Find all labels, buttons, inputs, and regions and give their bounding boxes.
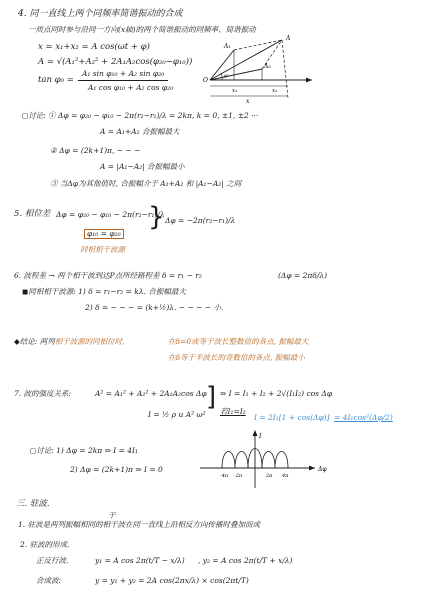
graph-tick: -2π — [234, 473, 243, 479]
resultant-wave-eq: y = y₁ + y₂ = 2A cos(2πx/λ) × cos(2πt/T) — [95, 577, 249, 585]
graph-tick: 4π — [281, 473, 289, 479]
section-5-title: 5. 相位差 — [14, 210, 50, 219]
diagram-a-label: A — [285, 35, 291, 42]
standing-wave-formation-title: 2. 驻波的形成. — [20, 541, 69, 549]
traveling-waves-label: 正反行波. — [36, 557, 68, 565]
equal-intensity-condition: 若I₁=I₂ — [220, 408, 246, 416]
eq-tan-denominator: A₁ cos φ₁₀ + A₂ cos φ₂₀ — [88, 84, 173, 92]
diagram-a2-label: A₂ — [263, 63, 271, 70]
phase-diff-result: Δφ = −2π(r₂−r₁)/λ — [165, 217, 235, 225]
section-4-title: 4. 同一直线上两个同频率简谐振动的合成 — [18, 10, 182, 19]
eq-x-sum: x = x₁+x₂ = A cos(ωt + φ) — [38, 43, 150, 52]
intensity-cos-squared: = 4I₁cos²(Δφ/2) — [334, 414, 393, 422]
forward-wave-eq: y₁ = A cos 2π(t/T − x/λ) — [95, 557, 185, 565]
intensity-graph: I Δφ -4π -2π 2π 4π — [200, 428, 340, 490]
conclusion-condition: 相干波源的同相位时, — [55, 337, 125, 346]
conclusion: ◆结论: 两列相干波源的同相位时, — [14, 338, 125, 346]
coherent-source-note: 同相相干波源 — [80, 246, 125, 254]
path-diff-case-2: 2) δ = − − − = (k+½)λ. − − − − 小. — [85, 304, 223, 312]
diagram-origin-label: O — [203, 77, 208, 84]
conclusion-lead: ◆结论: 两列 — [14, 337, 55, 346]
phasor-diagram: O A₁ A A₂ φ x₁ x₂ x — [200, 28, 320, 108]
discussion-2-result: A = |A₁−A₂| 合振幅最小 — [100, 163, 185, 171]
correction-mark: 干 — [108, 512, 116, 520]
diagram-x1-label: x₁ — [232, 88, 237, 94]
conclusion-line-2: 在δ等于半波长的奇数倍的各点, 振幅最小 — [168, 354, 305, 362]
min-amplitude-note: 振幅最小 — [275, 353, 305, 362]
conclusion-line-1: 在δ=0或等于波长整数倍的各点, 振幅最大 — [168, 338, 308, 346]
section-6-title: 6. 波程差 → 两个相干波到达P点所经路程差 δ = r₁ − r₂ — [14, 272, 202, 280]
intensity-case-2: 2) Δφ = (2k+1)π ⇒ I = 0 — [70, 466, 163, 474]
brace: ] — [206, 384, 216, 410]
graph-tick: 2π — [265, 473, 273, 479]
standing-wave-definition: 1. 驻波是两列振幅相同的相干波在同一直线上沿相反方向传播时叠加而成 — [18, 521, 260, 529]
backward-wave-eq: , y₂ = A cos 2π(t/T + x/λ) — [198, 557, 292, 565]
intensity-equal-result: I = 2I₁[1 + cos(Δφ)] — [254, 414, 330, 422]
discussion-3: ③ 当Δφ为其他值时, 合振幅介于 A₁+A₂ 和 |A₁−A₂| 之间 — [50, 180, 241, 188]
amplitude-squared-eq: A² = A₁² + A₂² + 2A₁A₂cos Δφ — [95, 390, 207, 398]
discussion-2: ② Δφ = (2k+1)π, − − − — [50, 147, 140, 155]
brace: } — [148, 204, 165, 230]
diagram-phi-label: φ — [224, 73, 228, 79]
eq-amplitude: A = √(A₁²+A₂² + 2A₁A₂cos(φ₂₀−φ₁₀)) — [38, 58, 192, 67]
eq-tan-lhs: tan φ₀ = — [38, 76, 74, 85]
diagram-x-label: x — [246, 98, 250, 105]
diagram-a1-label: A₁ — [223, 43, 231, 50]
resultant-wave-label: 合成波: — [36, 577, 61, 585]
intensity-case-1: ◻讨论: 1) Δφ = 2kπ ⇒ I = 4I₁ — [30, 447, 138, 455]
section-7-title: 7. 波的强度关系: — [14, 390, 71, 398]
discussion-1: ◻讨论: ① Δφ = φ₂₀ − φ₁₀ − 2π(r₂−r₁)/λ = 2k… — [22, 112, 258, 120]
path-diff-case-1: ◼同相相干波源: 1) δ = r₁−r₂ = kλ. 合振幅最大 — [22, 288, 186, 296]
max-amplitude-note: 振幅最大 — [278, 337, 308, 346]
discussion-1-result: A = A₁+A₂ 合振幅最大 — [100, 128, 179, 136]
same-phase-condition: φ₁₀ = φ₂₀ — [84, 229, 124, 239]
section-3-title: 三. 驻波. — [16, 500, 50, 509]
diagram-x2-label: x₂ — [272, 88, 277, 94]
intensity-result: ⇒ I = I₁ + I₂ + 2√(I₁I₂) cos Δφ — [220, 390, 332, 398]
eq-tan-numerator: A₁ sin φ₁₀ + A₂ sin φ₂₀ — [78, 70, 168, 81]
graph-x-label: Δφ — [317, 466, 327, 473]
intensity-eq: I = ½ ρ u A² ω² — [148, 411, 206, 419]
graph-y-label: I — [258, 433, 262, 440]
graph-tick: -4π — [220, 473, 229, 479]
section-6-aside: (Δφ = 2πδ/λ) — [278, 272, 327, 280]
